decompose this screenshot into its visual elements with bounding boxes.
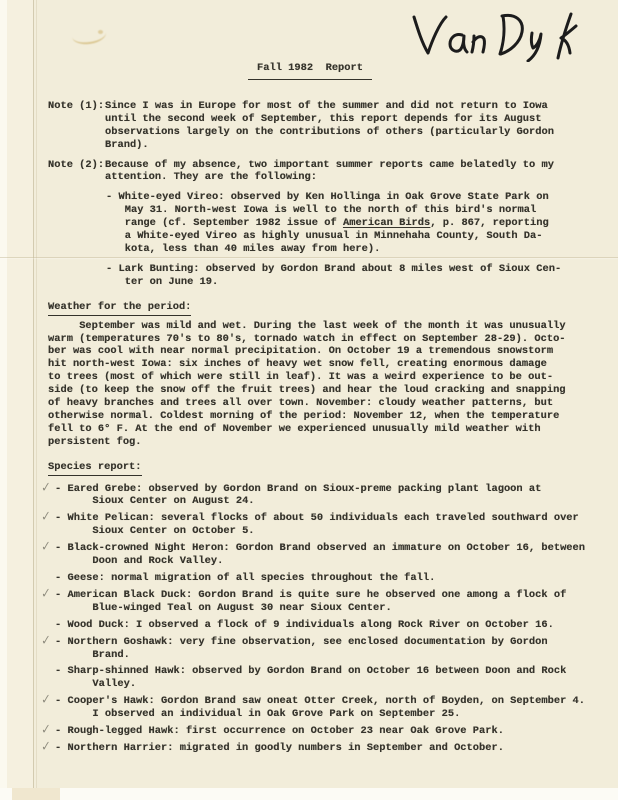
species-row-geese: - Geese: normal migration of all species… — [48, 572, 606, 585]
scan-bottom-corner-remnant — [12, 788, 60, 800]
pencil-checkmark-icon: ✓ — [41, 722, 51, 737]
species-row-sharp-shinned-hawk: - Sharp-shinned Hawk: observed by Gordon… — [48, 665, 606, 691]
pencil-checkmark-icon: ✓ — [41, 586, 51, 601]
note-1: Note (1): Since I was in Europe for most… — [48, 100, 606, 152]
species-text: - White Pelican: several flocks of about… — [55, 512, 606, 538]
subitem-lark-bunting-text: - Lark Bunting: observed by Gordon Brand… — [106, 263, 606, 289]
note-1-label: Note (1): — [48, 100, 104, 113]
note-1-body: Since I was in Europe for most of the su… — [105, 100, 606, 152]
weather-section-heading: Weather for the period: — [48, 301, 606, 316]
species-row-coopers-hawk: ✓ - Cooper's Hawk: Gordon Brand saw onea… — [48, 695, 606, 721]
species-row-northern-harrier: ✓ - Northern Harrier: migrated in goodly… — [48, 742, 606, 755]
subitem-lark-bunting: - Lark Bunting: observed by Gordon Brand… — [48, 263, 606, 289]
species-text: - Geese: normal migration of all species… — [55, 572, 606, 585]
species-row-black-crowned-night-heron: ✓ - Black-crowned Night Heron: Gordon Br… — [48, 542, 606, 568]
subitem-white-eyed-vireo-text: - White-eyed Vireo: observed by Ken Holl… — [106, 191, 606, 256]
weather-paragraph: September was mild and wet. During the l… — [48, 320, 606, 449]
note-2-body: Because of my absence, two important sum… — [105, 159, 606, 185]
pencil-checkmark-icon: ✓ — [41, 739, 51, 754]
report-title-wrap: Fall 1982 Report — [248, 62, 606, 80]
species-text: - Eared Grebe: observed by Gordon Brand … — [55, 483, 606, 509]
species-row-american-black-duck: ✓ - American Black Duck: Gordon Brand is… — [48, 589, 606, 615]
species-section-heading: Species report: — [48, 461, 606, 476]
pencil-checkmark-icon: ✓ — [41, 632, 51, 647]
pencil-checkmark-icon: ✓ — [41, 539, 51, 554]
species-text: - Sharp-shinned Hawk: observed by Gordon… — [55, 665, 606, 691]
species-text: - Northern Goshawk: very fine observatio… — [55, 636, 606, 662]
typed-content: Fall 1982 Report Note (1): Since I was i… — [0, 0, 618, 755]
species-row-northern-goshawk: ✓ - Northern Goshawk: very fine observat… — [48, 636, 606, 662]
pencil-checkmark-icon: ✓ — [41, 692, 51, 707]
weather-heading-text: Weather for the period: — [48, 301, 191, 316]
species-heading-text: Species report: — [48, 461, 142, 476]
species-row-wood-duck: - Wood Duck: I observed a flock of 9 ind… — [48, 619, 606, 632]
note-2-label: Note (2): — [48, 159, 104, 172]
species-text: - Northern Harrier: migrated in goodly n… — [55, 742, 606, 755]
page-title: Fall 1982 Report — [248, 62, 372, 80]
note-2: Note (2): Because of my absence, two imp… — [48, 159, 606, 185]
species-row-white-pelican: ✓ - White Pelican: several flocks of abo… — [48, 512, 606, 538]
subitem-white-eyed-vireo: - White-eyed Vireo: observed by Ken Holl… — [48, 191, 606, 256]
species-text: - Black-crowned Night Heron: Gordon Bran… — [55, 542, 606, 568]
pencil-checkmark-icon: ✓ — [41, 479, 51, 494]
species-text: - American Black Duck: Gordon Brand is q… — [55, 589, 606, 615]
scan-bottom-edge — [0, 788, 618, 800]
species-list: ✓ - Eared Grebe: observed by Gordon Bran… — [48, 483, 606, 755]
species-row-rough-legged-hawk: ✓ - Rough-legged Hawk: first occurrence … — [48, 725, 606, 738]
journal-name-underlined: American Birds — [343, 217, 430, 229]
scanned-document-page: Fall 1982 Report Note (1): Since I was i… — [0, 0, 618, 800]
species-text: - Rough-legged Hawk: first occurrence on… — [55, 725, 606, 738]
species-text: - Wood Duck: I observed a flock of 9 ind… — [55, 619, 606, 632]
species-row-eared-grebe: ✓ - Eared Grebe: observed by Gordon Bran… — [48, 483, 606, 509]
pencil-checkmark-icon: ✓ — [41, 509, 51, 524]
species-text: - Cooper's Hawk: Gordon Brand saw oneat … — [55, 695, 606, 721]
